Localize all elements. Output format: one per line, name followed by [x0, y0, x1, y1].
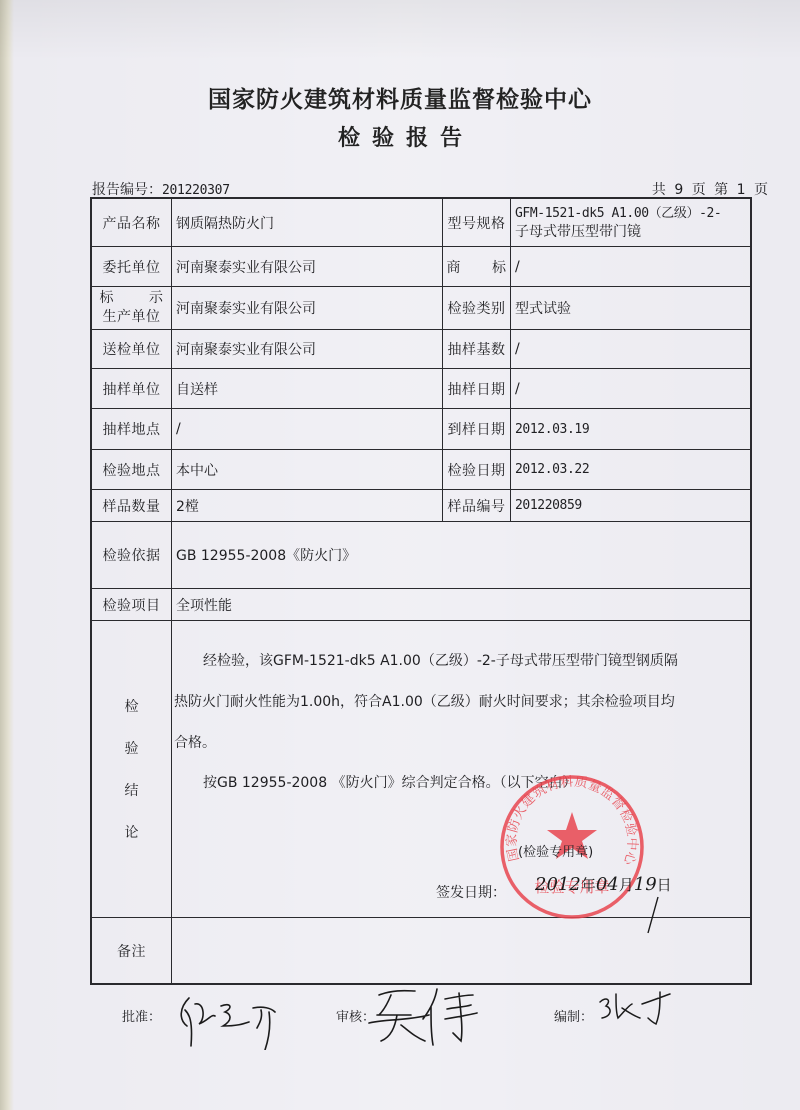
label-trademark: 商标	[443, 247, 510, 286]
approver-signature	[175, 990, 305, 1050]
label-model: 型号规格	[443, 199, 510, 246]
label-sample-qty: 样品数量	[92, 490, 171, 521]
value-test-type: 型式试验	[511, 287, 751, 329]
value-test-basis: GB 12955-2008《防火门》	[172, 522, 750, 588]
label-manufacturer: 标示 生产单位	[92, 287, 171, 329]
report-number: 报告编号：201220307	[92, 179, 230, 199]
value-product-name: 钢质隔热防火门	[172, 199, 442, 246]
value-model-line1: GFM-1521-dk5 A1.00（乙级）-2-	[515, 204, 721, 223]
issue-date-label: 签发日期：	[436, 882, 506, 902]
value-trademark: /	[511, 247, 751, 286]
value-model-line2: 子母式带压型带门镜	[515, 223, 641, 242]
label-test-basis: 检验依据	[92, 522, 171, 588]
reviewer-signature	[365, 985, 500, 1047]
page-count: 共 9 页 第 1 页	[652, 179, 770, 199]
row-divider	[90, 620, 752, 621]
value-sample-qty: 2樘	[172, 490, 442, 521]
label-client: 委托单位	[92, 247, 171, 286]
doc-title: 检验报告	[0, 121, 800, 152]
value-client: 河南聚泰实业有限公司	[172, 247, 442, 286]
value-arrival-date: 2012.03.19	[511, 409, 751, 449]
report-number-label: 报告编号：	[92, 182, 162, 198]
value-remarks	[172, 918, 750, 983]
conclusion-line-3: 合格。	[174, 732, 216, 752]
value-manufacturer: 河南聚泰实业有限公司	[172, 287, 442, 329]
label-remarks: 备注	[92, 918, 171, 983]
value-test-items: 全项性能	[172, 589, 750, 620]
label-product-name: 产品名称	[92, 199, 171, 246]
issue-date: 2012年04月19日	[535, 874, 672, 895]
label-sampling-base: 抽样基数	[443, 330, 510, 368]
label-submitter: 送检单位	[92, 330, 171, 368]
seal-caption: (检验专用章)	[518, 841, 593, 860]
value-submitter: 河南聚泰实业有限公司	[172, 330, 442, 368]
report-number-value: 201220307	[162, 183, 230, 198]
label-test-date: 检验日期	[443, 450, 510, 489]
value-test-place: 本中心	[172, 450, 442, 489]
label-sample-no: 样品编号	[443, 490, 510, 521]
org-title: 国家防火建筑材料质量监督检验中心	[0, 81, 800, 114]
value-sampling-base: /	[511, 330, 751, 368]
label-test-items: 检验项目	[92, 589, 171, 620]
label-sampling-place: 抽样地点	[92, 409, 171, 449]
value-sampling-unit: 自送样	[172, 369, 442, 408]
value-sampling-date: /	[511, 369, 751, 408]
label-arrival-date: 到样日期	[443, 409, 510, 449]
label-test-type: 检验类别	[443, 287, 510, 329]
conclusion-line-1: 经检验，该GFM-1521-dk5 A1.00（乙级）-2-子母式带压型带门镜型…	[203, 650, 678, 670]
label-sampling-date: 抽样日期	[443, 369, 510, 408]
compile-label: 编制：	[554, 1006, 593, 1025]
label-test-place: 检验地点	[92, 450, 171, 489]
label-sampling-unit: 抽样单位	[92, 369, 171, 408]
value-model: GFM-1521-dk5 A1.00（乙级）-2- 子母式带压型带门镜	[511, 199, 751, 246]
conclusion-line-2: 热防火门耐火性能为1.00h，符合A1.00（乙级）耐火时间要求；其余检验项目均	[174, 691, 675, 711]
value-sample-no: 201220859	[511, 490, 751, 521]
value-test-date: 2012.03.22	[511, 450, 751, 489]
compiler-signature	[594, 990, 684, 1035]
label-conclusion: 检 验 结 论	[92, 620, 171, 917]
approve-label: 批准：	[122, 1006, 161, 1025]
value-sampling-place: /	[172, 409, 442, 449]
